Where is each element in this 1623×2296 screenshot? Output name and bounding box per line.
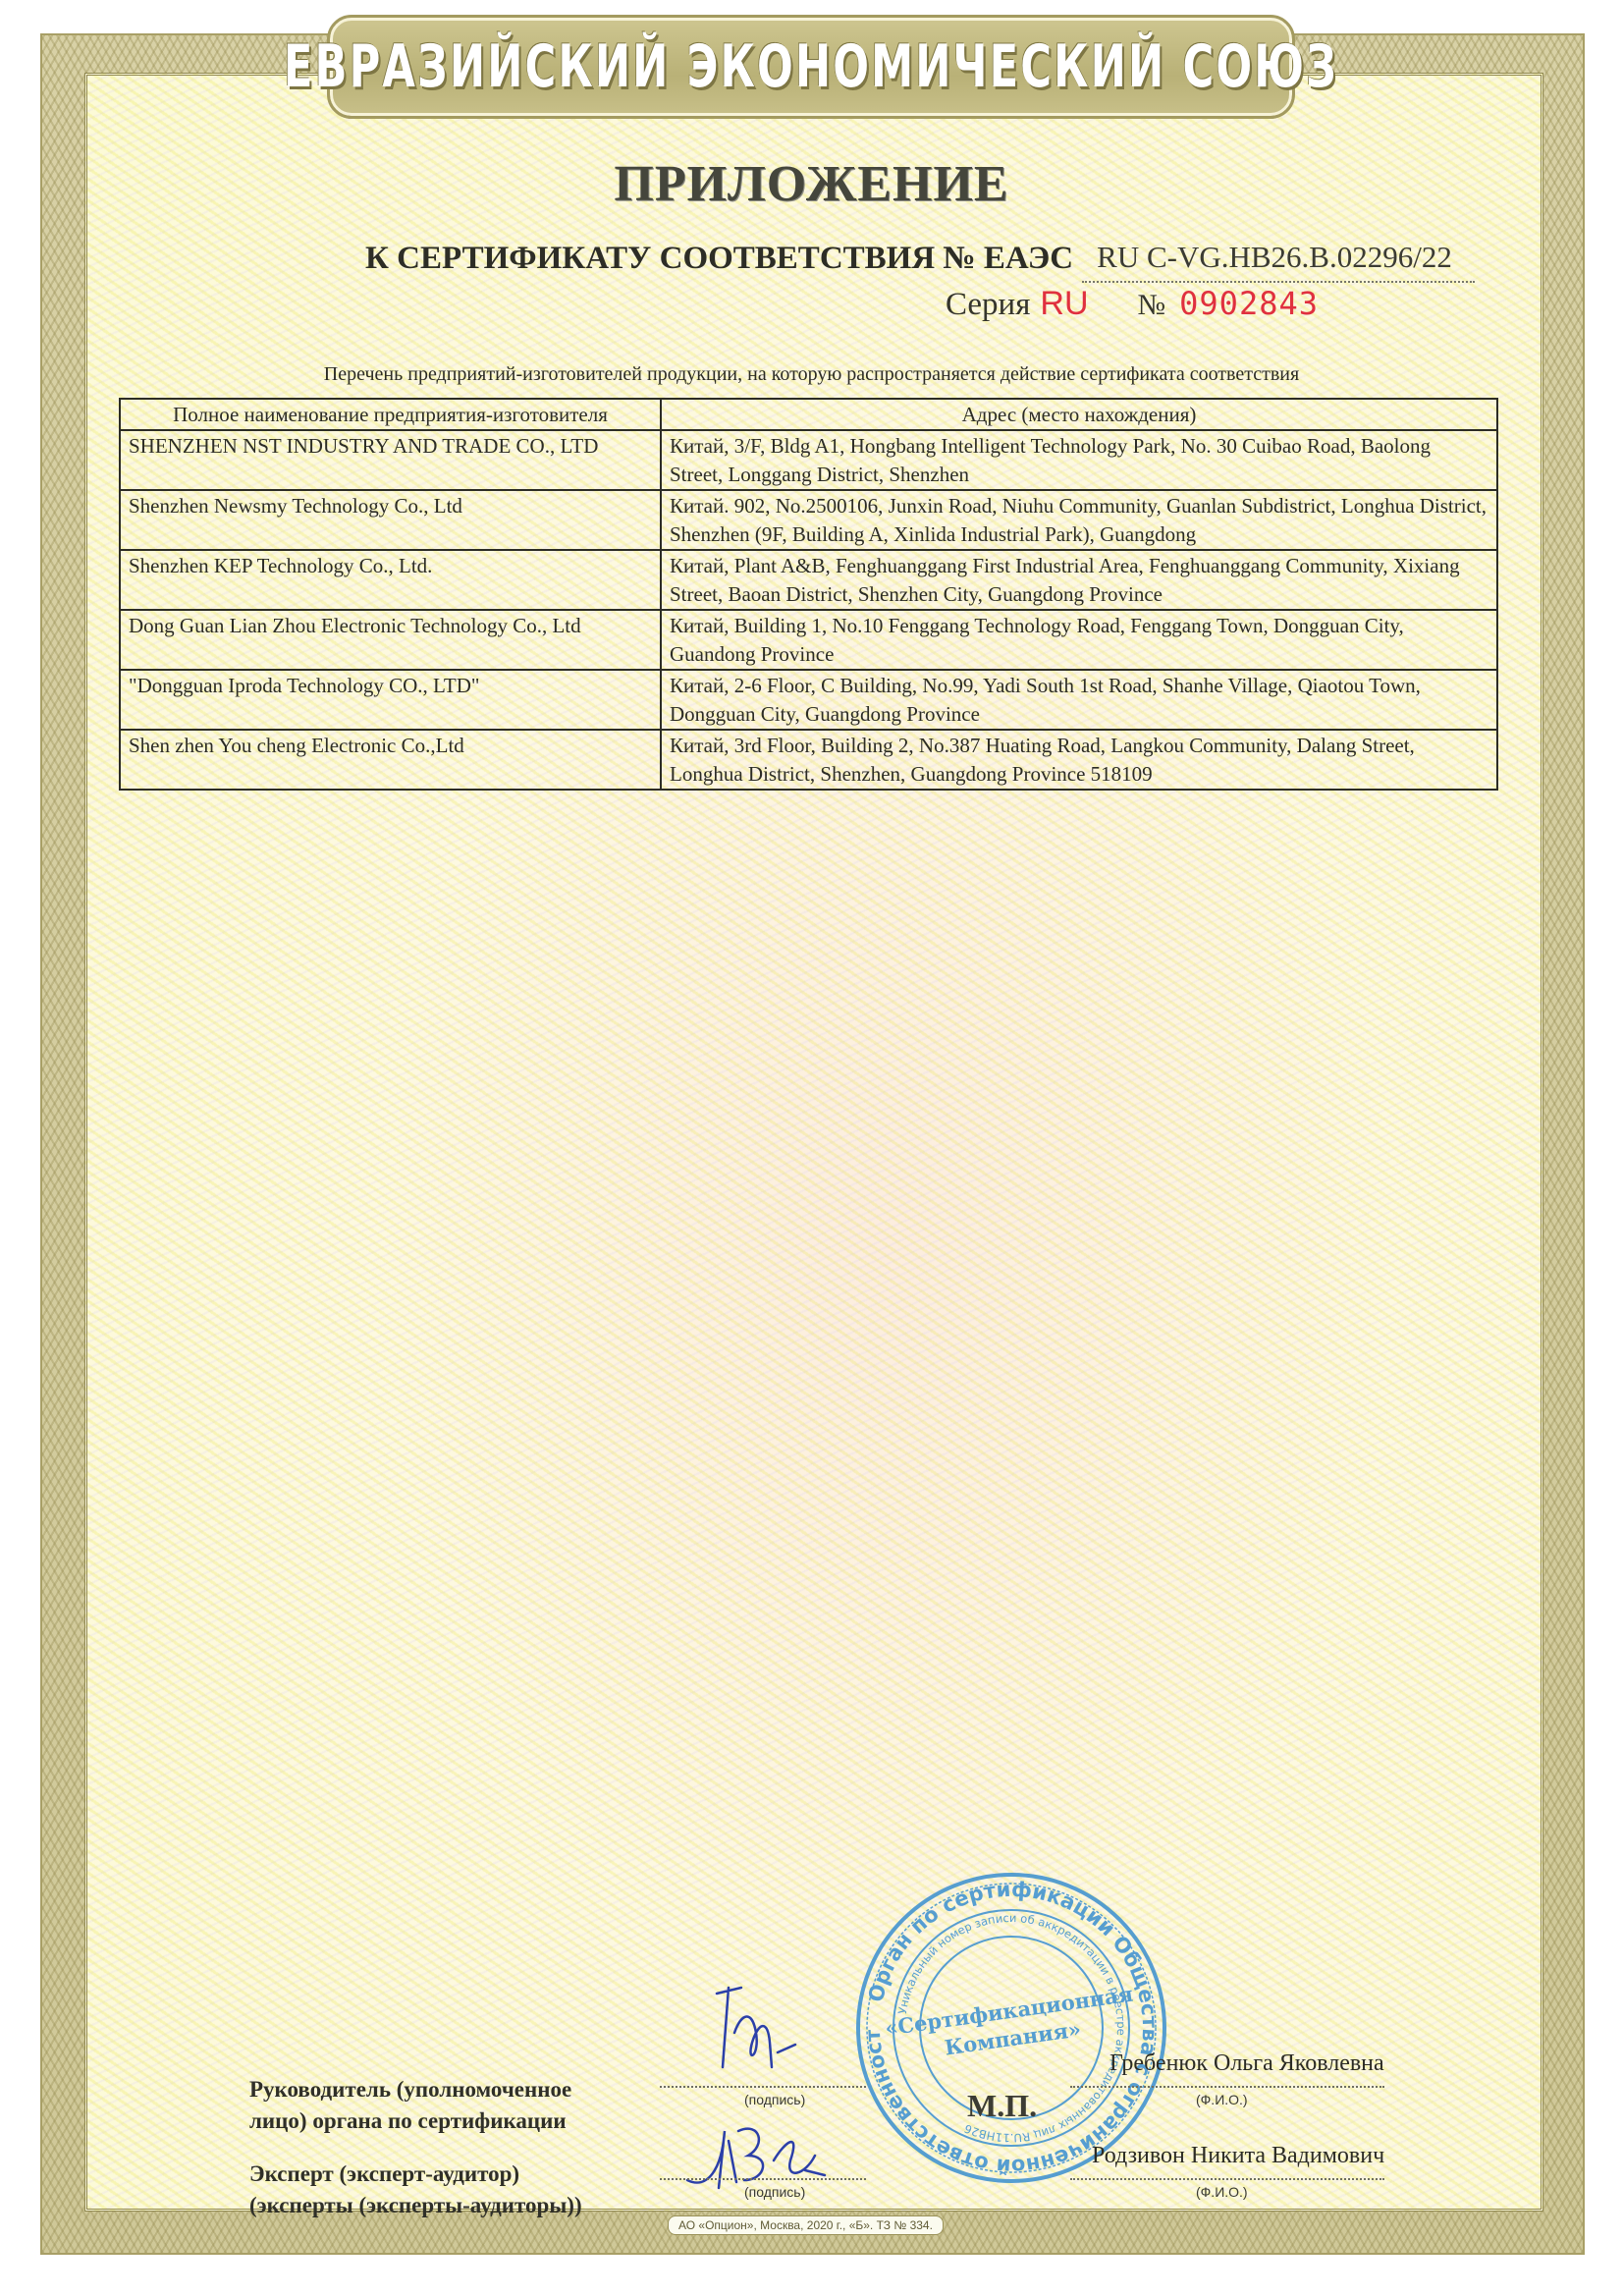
manufacturers-caption: Перечень предприятий-изготовителей проду… <box>0 363 1623 386</box>
head-name-caption: (Ф.И.О.) <box>1196 2092 1248 2107</box>
table-row: Shenzhen KEP Technology Co., Ltd. Китай,… <box>120 550 1497 610</box>
certificate-label: К СЕРТИФИКАТУ СООТВЕТСТВИЯ № ЕАЭС <box>365 241 1073 277</box>
head-signature-line <box>660 2086 866 2088</box>
manufacturer-address: Китай, 3/F, Bldg A1, Hongbang Intelligen… <box>661 430 1497 490</box>
manufacturer-address: Китай. 902, No.2500106, Junxin Road, Niu… <box>661 490 1497 550</box>
series-line: Серия RU № 0902843 <box>946 285 1319 334</box>
manufacturer-name: SHENZHEN NST INDUSTRY AND TRADE CO., LTD <box>120 430 661 490</box>
manufacturer-address: Китай, 2-6 Floor, C Building, No.99, Yad… <box>661 670 1497 730</box>
head-role: Руководитель (уполномоченное лицо) орган… <box>249 2074 571 2137</box>
expert-name-caption: (Ф.И.О.) <box>1196 2184 1248 2200</box>
table-row: SHENZHEN NST INDUSTRY AND TRADE CO., LTD… <box>120 430 1497 490</box>
manufacturer-name: Dong Guan Lian Zhou Electronic Technolog… <box>120 610 661 670</box>
certification-stamp: Орган по сертификации Общества с огранич… <box>854 1871 1168 2185</box>
head-full-name: Гребенюк Ольга Яковлевна <box>1109 2050 1384 2077</box>
table-row: "Dongguan Iproda Technology CO., LTD" Ки… <box>120 670 1497 730</box>
manufacturer-address: Китай, 3rd Floor, Building 2, No.387 Hua… <box>661 730 1497 790</box>
table-header-row: Полное наименование предприятия-изготови… <box>120 399 1497 430</box>
manufacturer-name: Shen zhen You cheng Electronic Co.,Ltd <box>120 730 661 790</box>
expert-role-line1: Эксперт (эксперт-аудитор) <box>249 2159 582 2190</box>
certificate-number: RU C-VG.HB26.B.02296/22 <box>1080 240 1469 275</box>
certificate-field <box>84 73 1543 2212</box>
form-number: 0902843 <box>1179 285 1319 322</box>
series-label: Серия <box>946 287 1030 323</box>
certificate-reference: К СЕРТИФИКАТУ СООТВЕТСТВИЯ № ЕАЭС RU C-V… <box>365 236 1524 285</box>
union-banner: ЕВРАЗИЙСКИЙ ЭКОНОМИЧЕСКИЙ СОЮЗ <box>330 18 1292 116</box>
manufacturer-address: Китай, Plant A&B, Fenghuanggang First In… <box>661 550 1497 610</box>
expert-role: Эксперт (эксперт-аудитор) (эксперты (экс… <box>249 2159 582 2221</box>
expert-full-name: Родзивон Никита Вадимович <box>1092 2143 1384 2169</box>
manufacturers-table: Полное наименование предприятия-изготови… <box>119 398 1498 791</box>
expert-name-line <box>1070 2178 1384 2180</box>
document-title: ПРИЛОЖЕНИЕ <box>0 155 1623 213</box>
expert-signature-line <box>660 2178 866 2180</box>
printer-note: АО «Опцион», Москва, 2020 г., «Б». ТЗ № … <box>668 2215 944 2235</box>
seal-mark: М.П. <box>967 2088 1037 2124</box>
column-header-name: Полное наименование предприятия-изготови… <box>120 399 661 430</box>
table-row: Shen zhen You cheng Electronic Co.,Ltd К… <box>120 730 1497 790</box>
expert-signature-caption: (подпись) <box>744 2184 805 2200</box>
certificate-number-underline <box>1082 281 1475 283</box>
column-header-address: Адрес (место нахождения) <box>661 399 1497 430</box>
table-row: Dong Guan Lian Zhou Electronic Technolog… <box>120 610 1497 670</box>
expert-role-line2: (эксперты (эксперты-аудиторы)) <box>249 2190 582 2221</box>
head-role-line2: лицо) органа по сертификации <box>249 2105 571 2137</box>
manufacturer-name: Shenzhen Newsmy Technology Co., Ltd <box>120 490 661 550</box>
head-signature <box>687 1974 825 2092</box>
manufacturer-address: Китай, Building 1, No.10 Fenggang Techno… <box>661 610 1497 670</box>
head-role-line1: Руководитель (уполномоченное <box>249 2074 571 2105</box>
table-row: Shenzhen Newsmy Technology Co., Ltd Кита… <box>120 490 1497 550</box>
number-sign: № <box>1138 289 1166 322</box>
union-name: ЕВРАЗИЙСКИЙ ЭКОНОМИЧЕСКИЙ СОЮЗ <box>284 32 1338 101</box>
manufacturer-name: "Dongguan Iproda Technology CO., LTD" <box>120 670 661 730</box>
head-name-line <box>1070 2086 1384 2088</box>
series-value: RU <box>1040 285 1088 323</box>
manufacturer-name: Shenzhen KEP Technology Co., Ltd. <box>120 550 661 610</box>
